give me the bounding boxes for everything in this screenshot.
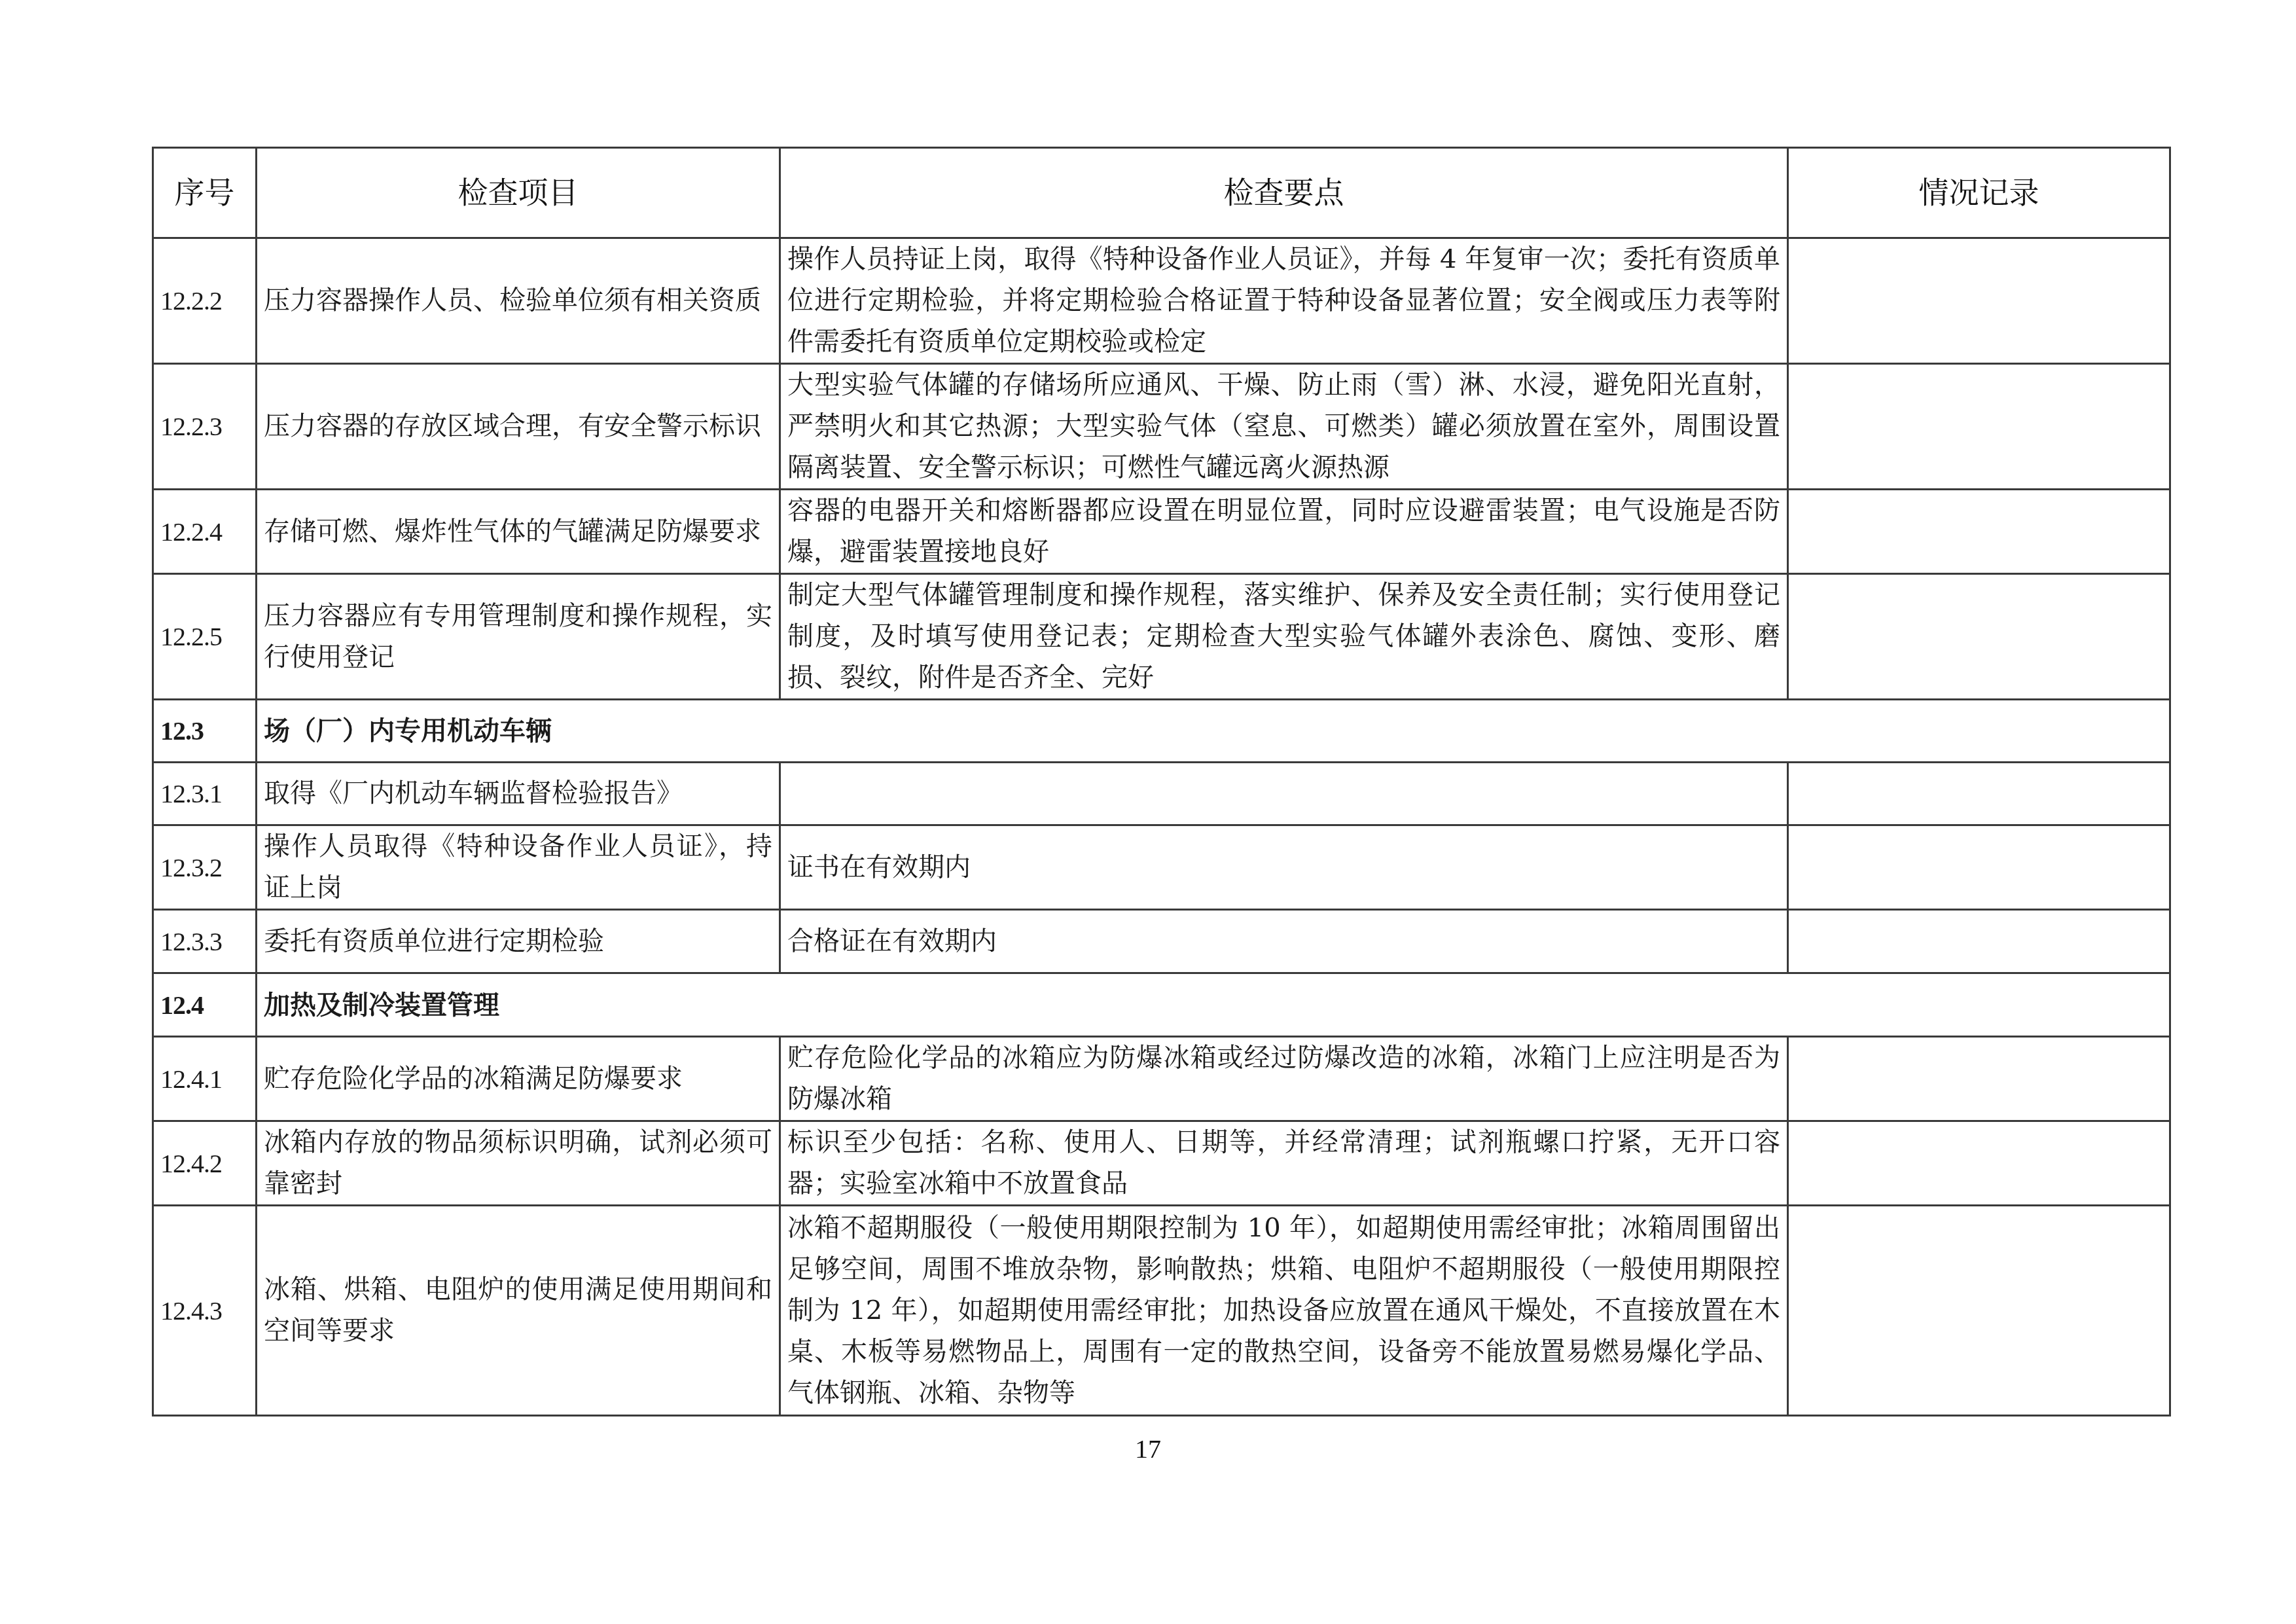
row-no: 12.4.1	[153, 1037, 257, 1121]
row-no: 12.3.2	[153, 825, 257, 910]
row-no: 12.2.2	[153, 238, 257, 364]
row-no: 12.4.3	[153, 1206, 257, 1416]
row-no: 12.3.3	[153, 910, 257, 973]
row-record-cell[interactable]	[1788, 238, 2170, 364]
row-key-points: 大型实验气体罐的存储场所应通风、干燥、防止雨（雪）淋、水浸，避免阳光直射，严禁明…	[780, 364, 1788, 490]
row-key-points: 证书在有效期内	[780, 825, 1788, 910]
table-header-row: 序号 检查项目 检查要点 情况记录	[153, 148, 2170, 238]
row-record-cell[interactable]	[1788, 490, 2170, 574]
table-row: 12.3.1 取得《厂内机动车辆监督检验报告》	[153, 763, 2170, 825]
table-row: 12.2.2 压力容器操作人员、检验单位须有相关资质 操作人员持证上岗，取得《特…	[153, 238, 2170, 364]
row-record-cell[interactable]	[1788, 364, 2170, 490]
table-row: 12.4.1 贮存危险化学品的冰箱满足防爆要求 贮存危险化学品的冰箱应为防爆冰箱…	[153, 1037, 2170, 1121]
inspection-table: 序号 检查项目 检查要点 情况记录 12.2.2 压力容器操作人员、检验单位须有…	[152, 147, 2171, 1416]
row-no: 12.2.5	[153, 574, 257, 700]
row-key-points: 制定大型气体罐管理制度和操作规程，落实维护、保养及安全责任制；实行使用登记制度，…	[780, 574, 1788, 700]
row-record-cell[interactable]	[1788, 825, 2170, 910]
row-item: 冰箱内存放的物品须标识明确，试剂必须可靠密封	[257, 1121, 780, 1206]
row-record-cell[interactable]	[1788, 1037, 2170, 1121]
table-row: 12.2.3 压力容器的存放区域合理，有安全警示标识 大型实验气体罐的存储场所应…	[153, 364, 2170, 490]
row-no: 12.2.4	[153, 490, 257, 574]
header-item: 检查项目	[257, 148, 780, 238]
section-no: 12.3	[153, 700, 257, 763]
table-row: 12.2.4 存储可燃、爆炸性气体的气罐满足防爆要求 容器的电器开关和熔断器都应…	[153, 490, 2170, 574]
row-item: 操作人员取得《特种设备作业人员证》，持证上岗	[257, 825, 780, 910]
row-key-points: 标识至少包括：名称、使用人、日期等，并经常清理；试剂瓶螺口拧紧，无开口容器；实验…	[780, 1121, 1788, 1206]
row-record-cell[interactable]	[1788, 763, 2170, 825]
row-item: 委托有资质单位进行定期检验	[257, 910, 780, 973]
section-no: 12.4	[153, 973, 257, 1037]
row-key-points: 操作人员持证上岗，取得《特种设备作业人员证》，并每 4 年复审一次；委托有资质单…	[780, 238, 1788, 364]
row-item: 压力容器操作人员、检验单位须有相关资质	[257, 238, 780, 364]
row-item: 压力容器应有专用管理制度和操作规程，实行使用登记	[257, 574, 780, 700]
row-key-points: 冰箱不超期服役（一般使用期限控制为 10 年），如超期使用需经审批；冰箱周围留出…	[780, 1206, 1788, 1416]
section-row: 12.4 加热及制冷装置管理	[153, 973, 2170, 1037]
row-item: 取得《厂内机动车辆监督检验报告》	[257, 763, 780, 825]
row-no: 12.4.2	[153, 1121, 257, 1206]
section-title: 场（厂）内专用机动车辆	[257, 700, 2170, 763]
row-key-points: 贮存危险化学品的冰箱应为防爆冰箱或经过防爆改造的冰箱，冰箱门上应注明是否为防爆冰…	[780, 1037, 1788, 1121]
row-record-cell[interactable]	[1788, 910, 2170, 973]
section-row: 12.3 场（厂）内专用机动车辆	[153, 700, 2170, 763]
table-row: 12.4.2 冰箱内存放的物品须标识明确，试剂必须可靠密封 标识至少包括：名称、…	[153, 1121, 2170, 1206]
table-row: 12.2.5 压力容器应有专用管理制度和操作规程，实行使用登记 制定大型气体罐管…	[153, 574, 2170, 700]
document-page: 序号 检查项目 检查要点 情况记录 12.2.2 压力容器操作人员、检验单位须有…	[0, 0, 2296, 1624]
row-key-points	[780, 763, 1788, 825]
page-number: 17	[0, 1434, 2296, 1464]
row-record-cell[interactable]	[1788, 1206, 2170, 1416]
row-item: 压力容器的存放区域合理，有安全警示标识	[257, 364, 780, 490]
row-item: 贮存危险化学品的冰箱满足防爆要求	[257, 1037, 780, 1121]
row-item: 冰箱、烘箱、电阻炉的使用满足使用期间和空间等要求	[257, 1206, 780, 1416]
row-record-cell[interactable]	[1788, 574, 2170, 700]
header-key-points: 检查要点	[780, 148, 1788, 238]
row-no: 12.2.3	[153, 364, 257, 490]
table-row: 12.3.2 操作人员取得《特种设备作业人员证》，持证上岗 证书在有效期内	[153, 825, 2170, 910]
header-record: 情况记录	[1788, 148, 2170, 238]
row-key-points: 容器的电器开关和熔断器都应设置在明显位置，同时应设避雷装置；电气设施是否防爆，避…	[780, 490, 1788, 574]
row-key-points: 合格证在有效期内	[780, 910, 1788, 973]
row-item: 存储可燃、爆炸性气体的气罐满足防爆要求	[257, 490, 780, 574]
section-title: 加热及制冷装置管理	[257, 973, 2170, 1037]
row-no: 12.3.1	[153, 763, 257, 825]
row-record-cell[interactable]	[1788, 1121, 2170, 1206]
table-row: 12.3.3 委托有资质单位进行定期检验 合格证在有效期内	[153, 910, 2170, 973]
header-no: 序号	[153, 148, 257, 238]
table-row: 12.4.3 冰箱、烘箱、电阻炉的使用满足使用期间和空间等要求 冰箱不超期服役（…	[153, 1206, 2170, 1416]
